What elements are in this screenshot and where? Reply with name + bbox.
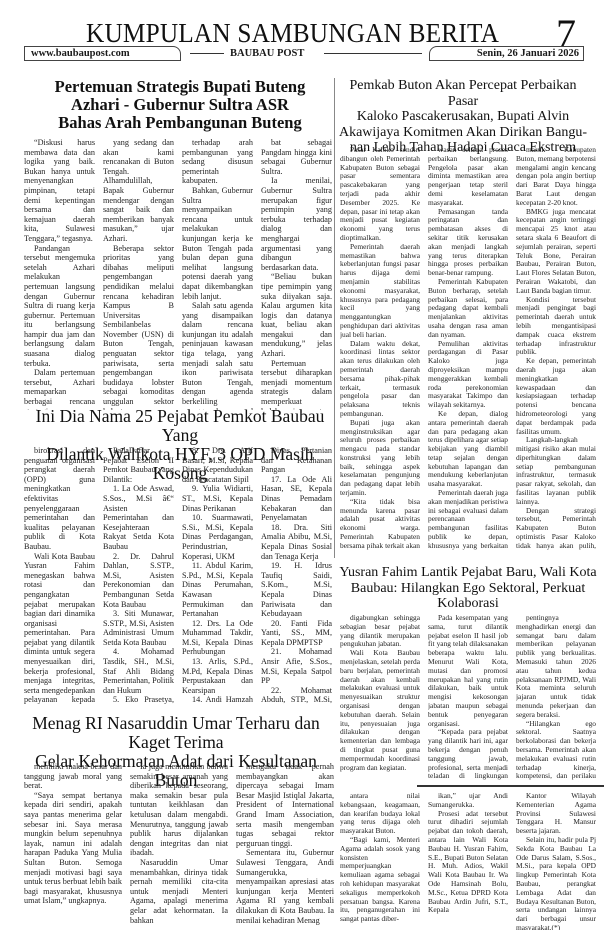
paragraph: pentingnya menghadirkan energi dan seman…: [516, 614, 596, 720]
paragraph: 4. Mohamad Tasdik, SH., M.Si, Staf Ahli …: [103, 647, 174, 695]
headline-line: Akawijaya Komitmen Akan Dirikan Bangu-: [334, 125, 592, 141]
paragraph: “Bagi kami, Menteri Agama adalah sosok y…: [340, 836, 420, 924]
column-divider: [334, 78, 335, 558]
paragraph: “Kepada para pejabat yang dilantik hari …: [428, 728, 508, 782]
paragraph: terhadap arah pembangunan yang sedang di…: [182, 138, 253, 186]
paragraph: Bahkan, Gubernur Sultra menyampaikan ren…: [182, 186, 253, 301]
paragraph: 3. Siti Munawar, S.STP., M.Si, Asisten A…: [103, 609, 174, 647]
article-column: mengaku tidak pernah membayangkan akan d…: [236, 762, 334, 930]
paragraph: 18. Dra. Siti Amalia Abibu, M.Si, Kepala…: [261, 523, 332, 561]
paragraph: “Diskusi harus membawa data dan logika y…: [24, 138, 95, 244]
headline-line: Kaloko Pascakerusakan, Bupati Alvin: [334, 109, 592, 125]
masthead-bar: www.baubaupost.com BAUBAU POST Senin, 26…: [24, 46, 584, 61]
paragraph: 11. Abdul Karim, S.Pd., M.Si, Kepala Din…: [182, 561, 253, 619]
article-body-pejabat: birokrasi dan penguatan organisasi peran…: [24, 446, 332, 704]
paragraph: Salah satu agenda yang disampaikan dalam…: [182, 301, 253, 410]
paragraph: Nasaruddin Umar menambahkan, dirinya tid…: [130, 858, 228, 925]
paragraph: Dinas Pertanian dan Ketahanan Pangan: [261, 446, 332, 475]
headline-line: Ini Dia Nama 25 Pejabat Pemkot Baubau Ya…: [30, 407, 330, 445]
paragraph: Wali Kota Baubau Yusran Fahim menegaskan…: [24, 552, 95, 704]
headline-line: Bahas Arah Pembangunan Buteng: [40, 114, 320, 132]
paragraph: Kantor Wilayah Kementerian Agama Provins…: [516, 792, 596, 836]
paragraph: 1. La Ode Aswad, S.Sos., M.Si â€“ Asiste…: [103, 484, 174, 551]
paragraph: 20. Fanti Fida Yanti, SS., MM, Kepala DP…: [261, 619, 332, 648]
paragraph: Pertemuan tersebut diharapkan menjadi mo…: [261, 359, 332, 410]
section-title: KUMPULAN SAMBUNGAN BERITA: [86, 17, 499, 49]
paragraph: antara nilai kebangsaan, keagamaan, dan …: [340, 792, 420, 836]
paragraph: Kondisi tersebut menjadi pengingat bagi …: [516, 296, 596, 358]
headline-line: Yusran Fahim Lantik Pejabat Baru, Wali K…: [338, 565, 598, 581]
issue-date: Senin, 26 Januari 2026: [429, 46, 584, 61]
paragraph: 10. Suarmawati, S.Si., M.Si, Kepala Dina…: [182, 513, 253, 561]
article-column: masuk Kabupaten Buton, memang berpotensi…: [516, 146, 596, 550]
paragraph: Dengan strategi tersebut, Pemerintah Kab…: [516, 507, 596, 550]
article-body-kolaborasi: digabungkan sehingga sebagian besar peja…: [340, 614, 596, 782]
paragraph: Pemerintah Kabupaten Buton berharap, set…: [428, 278, 508, 340]
paragraph: 17. La Ode Ali Hasan, SE, Kepala Dinas P…: [261, 475, 332, 523]
paragraph: Langkah-langkah mitigasi risiko akan mul…: [516, 436, 596, 506]
masthead: KUMPULAN SAMBUNGAN BERITA 7 www.baubaupo…: [0, 0, 604, 62]
article-column: Kantor Wilayah Kementerian Agama Provins…: [516, 792, 596, 930]
paragraph: yang sedang dan akan kami rencanakan di …: [103, 138, 174, 244]
paragraph: Dalam waktu dekat, koordinasi lintas sek…: [340, 340, 420, 419]
paragraph: Ia menilai, Gubernur Sultra merupakan fi…: [261, 176, 332, 272]
paragraph: “Saya sempat bertanya kepada diri sendir…: [24, 791, 122, 906]
paragraph: Pasar Kaloko sendiri dibangun oleh Pemer…: [340, 146, 420, 243]
article-body-buteng: “Diskusi harus membawa data dan logika y…: [24, 138, 332, 410]
paragraph: ikan,” ujar Andi Sumangerukka.: [428, 792, 508, 810]
divider: [324, 53, 422, 54]
paragraph: Wali Kota Baubau menjelaskan, setelah pe…: [340, 649, 420, 772]
article-column: “Diskusi harus membawa data dan logika y…: [24, 138, 95, 410]
paragraph: Pemasangan tanda peringatan dan pembatas…: [428, 208, 508, 278]
paragraph: Ia juga menuturkan bahwa semakin besar a…: [130, 762, 228, 858]
article-column: Pada kesempatan yang sama, turut dilanti…: [428, 614, 508, 782]
paragraph: bat sebagai Pangdam hingga kini sebagai …: [261, 138, 332, 176]
paragraph: Pandangan tersebut mengemuka setelah Azh…: [24, 244, 95, 369]
paragraph: “Kita tidak bisa menunda karena pasar ad…: [340, 498, 420, 550]
article-column: wasan selama proses perbaikan berlangsun…: [428, 146, 508, 550]
headline-line: Azhari - Gubernur Sultra ASR: [40, 96, 320, 114]
article-column: bat sebagai Pangdam hingga kini sebagai …: [261, 138, 332, 410]
paragraph: Pemulihan aktivitas perdagangan di Pasar…: [428, 340, 508, 410]
paragraph: Pemerintah daerah juga akan menjadikan p…: [428, 489, 508, 550]
paragraph: memiliki makna besar dan tanggung jawab …: [24, 762, 122, 791]
headline-line: Baubau: Hilangkan Ego Sektoral, Perkuat: [338, 581, 598, 597]
article-column: PadaDaftar Pejabat Eselon II Pemkot Baub…: [103, 446, 174, 704]
article-column: Pasar Kaloko sendiri dibangun oleh Pemer…: [340, 146, 420, 550]
paragraph: 9. Yulia Widiarti, ST., M.Si, Kepala Din…: [182, 484, 253, 513]
article-body-menag-a: memiliki makna besar dan tanggung jawab …: [24, 762, 334, 930]
headline-line: Pertemuan Strategis Bupati Buteng: [40, 78, 320, 96]
paragraph: “Beliau bukan tipe pemimpin yang suka di…: [261, 272, 332, 358]
paragraph: 14. Andi Hamzah Machmud, S.Sos., M.Si, K…: [182, 695, 253, 704]
article-column: Ia juga menuturkan bahwa semakin besar a…: [130, 762, 228, 930]
paragraph: “Hilangkan ego sektoral. Saatnya berkola…: [516, 720, 596, 782]
paragraph: birokrasi dan penguatan organisasi peran…: [24, 446, 95, 552]
headline-line: Menag RI Nasaruddin Umar Terharu dan Kag…: [20, 714, 332, 752]
paragraph: PadaDaftar Pejabat Eselon II Pemkot Baub…: [103, 446, 174, 484]
paragraph: Sementara itu, Gubernur Sulawesi Tenggar…: [236, 848, 334, 925]
article-column: memiliki makna besar dan tanggung jawab …: [24, 762, 122, 930]
paragraph: digabungkan sehingga sebagian besar peja…: [340, 614, 420, 649]
paragraph: Beberapa sektor prioritas yang dibahas m…: [103, 244, 174, 410]
paragraph: 8. Drs. Arif Basari, M.Si, Kepala Dinas …: [182, 446, 253, 484]
article-column: pentingnya menghadirkan energi dan seman…: [516, 614, 596, 782]
section-rule: [417, 785, 604, 787]
paragraph: mengaku tidak pernah membayangkan akan d…: [236, 762, 334, 848]
paragraph: 21. Mohamad Ansir Afie, S.Sos., M.Si, Ke…: [261, 647, 332, 685]
paragraph: 2. Dr. Dahrul Dahlan, S.STP., M.Si, Asis…: [103, 552, 174, 610]
divider: [190, 53, 224, 54]
article-column: ikan,” ujar Andi Sumangerukka.Prosesi ad…: [428, 792, 508, 930]
paragraph: Prosesi adat tersebut turut dihadiri sej…: [428, 810, 508, 916]
article-body-kaloko: Pasar Kaloko sendiri dibangun oleh Pemer…: [340, 146, 596, 550]
article-column: birokrasi dan penguatan organisasi peran…: [24, 446, 95, 704]
article-column: terhadap arah pembangunan yang sedang di…: [182, 138, 253, 410]
paragraph: 22. Mohamat Abduh, STP., M.Si, Kepala Ba…: [261, 686, 332, 704]
paragraph: 13. Arlis, S.Pd., M.Pd, Kepala Dinas Per…: [182, 657, 253, 695]
paragraph: 5. Eko Prasetya, ST., MM, Staf Ahli Bida…: [103, 695, 174, 704]
paragraph: Ke depan, dialog antara pemerintah daera…: [428, 410, 508, 489]
article-column: Dinas Pertanian dan Ketahanan Pangan17. …: [261, 446, 332, 704]
paragraph: Dalam pertemuan tersebut, Azhari memapar…: [24, 368, 95, 410]
article-body-menag-b: antara nilai kebangsaan, keagamaan, dan …: [340, 792, 596, 930]
headline-buteng: Pertemuan Strategis Bupati Buteng Azhari…: [40, 78, 320, 131]
website-url[interactable]: www.baubaupost.com: [24, 46, 181, 61]
article-column: antara nilai kebangsaan, keagamaan, dan …: [340, 792, 420, 930]
headline-kaloko: Pemkab Buton Akan Percepat Perbaikan Pas…: [334, 78, 592, 156]
paragraph: BMKG juga mencatat kecepatan angin terti…: [516, 208, 596, 296]
paper-name: BAUBAU POST: [230, 46, 304, 61]
paragraph: Pada kesempatan yang sama, turut dilanti…: [428, 614, 508, 728]
headline-line: Kolaborasi: [338, 596, 598, 612]
paragraph: Selain itu, hadir pula Pj Sekda Kota Bau…: [516, 836, 596, 930]
paragraph: 12. Drs. La Ode Muhammad Takdir, M.Si, K…: [182, 619, 253, 657]
paragraph: masuk Kabupaten Buton, memang berpotensi…: [516, 146, 596, 208]
paragraph: wasan selama proses perbaikan berlangsun…: [428, 146, 508, 208]
article-column: digabungkan sehingga sebagian besar peja…: [340, 614, 420, 782]
article-column: yang sedang dan akan kami rencanakan di …: [103, 138, 174, 410]
headline-line: Pemkab Buton Akan Percepat Perbaikan Pas…: [334, 78, 592, 109]
paragraph: Ke depan, pemerintah daerah juga akan me…: [516, 357, 596, 436]
headline-kolaborasi: Yusran Fahim Lantik Pejabat Baru, Wali K…: [338, 565, 598, 612]
paragraph: 19. H. Idrus Taufiq Saidi, S.Kom., M.Si,…: [261, 561, 332, 619]
paragraph: Pemerintah daerah memastikan bahwa keber…: [340, 243, 420, 340]
article-column: 8. Drs. Arif Basari, M.Si, Kepala Dinas …: [182, 446, 253, 704]
paragraph: Bupati juga akan menginstruksikan agar s…: [340, 419, 420, 498]
